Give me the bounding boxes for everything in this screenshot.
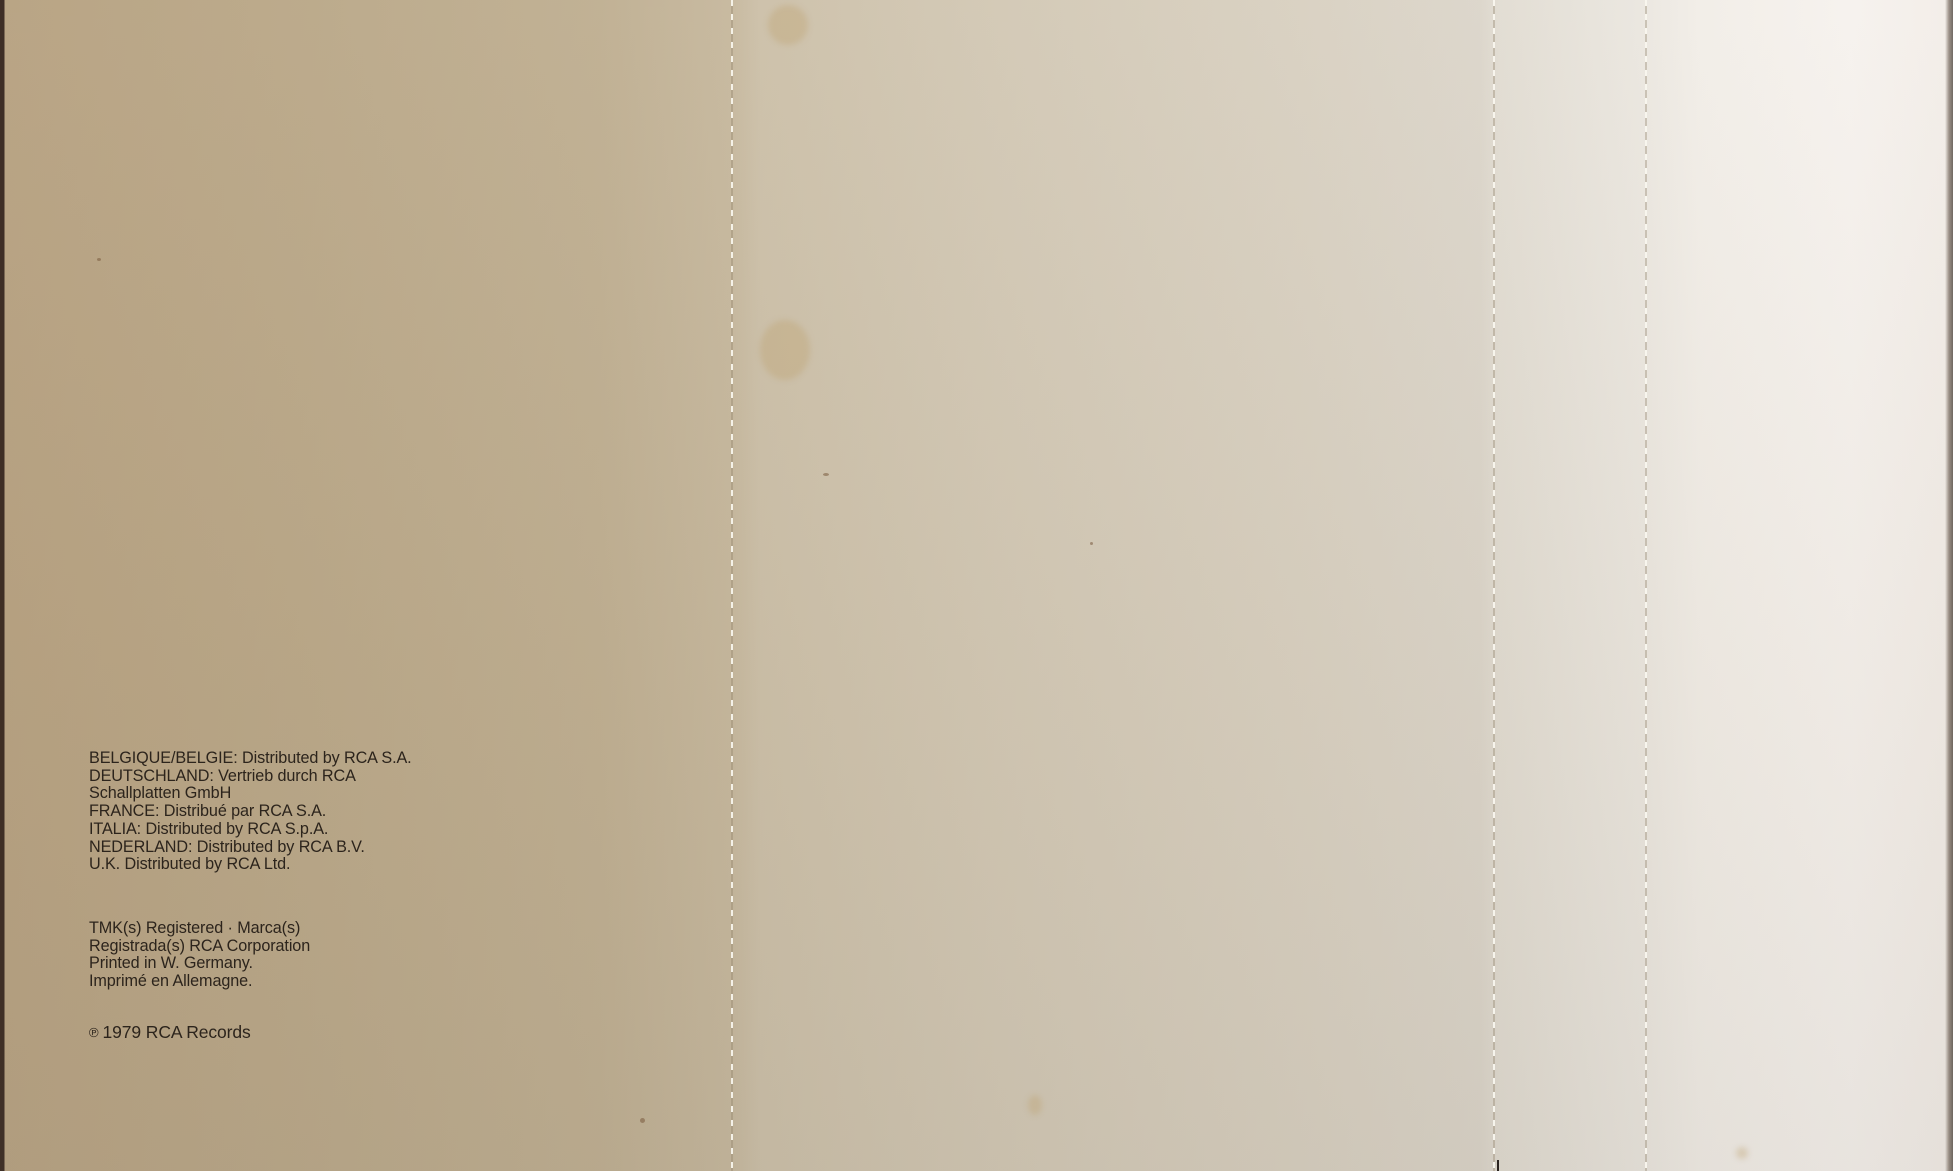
flap-panel bbox=[1647, 0, 1953, 1171]
distribution-line: Schallplatten GmbH bbox=[89, 785, 412, 803]
paper-speck bbox=[97, 258, 101, 261]
distribution-line: BELGIQUE/BELGIE: Distributed by RCA S.A. bbox=[89, 750, 412, 768]
copyright-line: ℗1979 RCA Records bbox=[89, 1022, 251, 1043]
legal-line: TMK(s) Registered · Marca(s) bbox=[89, 920, 310, 938]
paper-stain bbox=[1028, 1095, 1042, 1115]
legal-line: Printed in W. Germany. bbox=[89, 955, 310, 973]
distribution-line: DEUTSCHLAND: Vertrieb durch RCA bbox=[89, 768, 412, 786]
front-panel bbox=[733, 0, 1493, 1171]
distribution-line: NEDERLAND: Distributed by RCA B.V. bbox=[89, 839, 412, 857]
distribution-line: FRANCE: Distribué par RCA S.A. bbox=[89, 803, 412, 821]
fold-line bbox=[1493, 0, 1495, 1171]
copyright-text: 1979 RCA Records bbox=[102, 1022, 250, 1042]
distribution-notice: BELGIQUE/BELGIE: Distributed by RCA S.A.… bbox=[89, 750, 412, 874]
paper-stain bbox=[760, 320, 810, 380]
legal-notice: TMK(s) Registered · Marca(s) Registrada(… bbox=[89, 920, 310, 991]
paper-stain bbox=[768, 5, 808, 45]
back-panel: BELGIQUE/BELGIE: Distributed by RCA S.A.… bbox=[0, 0, 731, 1171]
legal-line: Imprimé en Allemagne. bbox=[89, 973, 310, 991]
paper-speck bbox=[640, 1118, 645, 1123]
legal-line: Registrada(s) RCA Corporation bbox=[89, 938, 310, 956]
fold-line bbox=[1645, 0, 1647, 1171]
phonogram-copyright-icon: ℗ bbox=[89, 1025, 98, 1040]
spine-panel bbox=[1495, 0, 1645, 1171]
distribution-line: U.K. Distributed by RCA Ltd. bbox=[89, 856, 412, 874]
crop-mark bbox=[1497, 1160, 1499, 1171]
paper-stain bbox=[1736, 1147, 1748, 1159]
distribution-line: ITALIA: Distributed by RCA S.p.A. bbox=[89, 821, 412, 839]
paper-speck bbox=[1090, 542, 1093, 545]
fold-line bbox=[731, 0, 733, 1171]
paper-speck bbox=[823, 473, 829, 476]
